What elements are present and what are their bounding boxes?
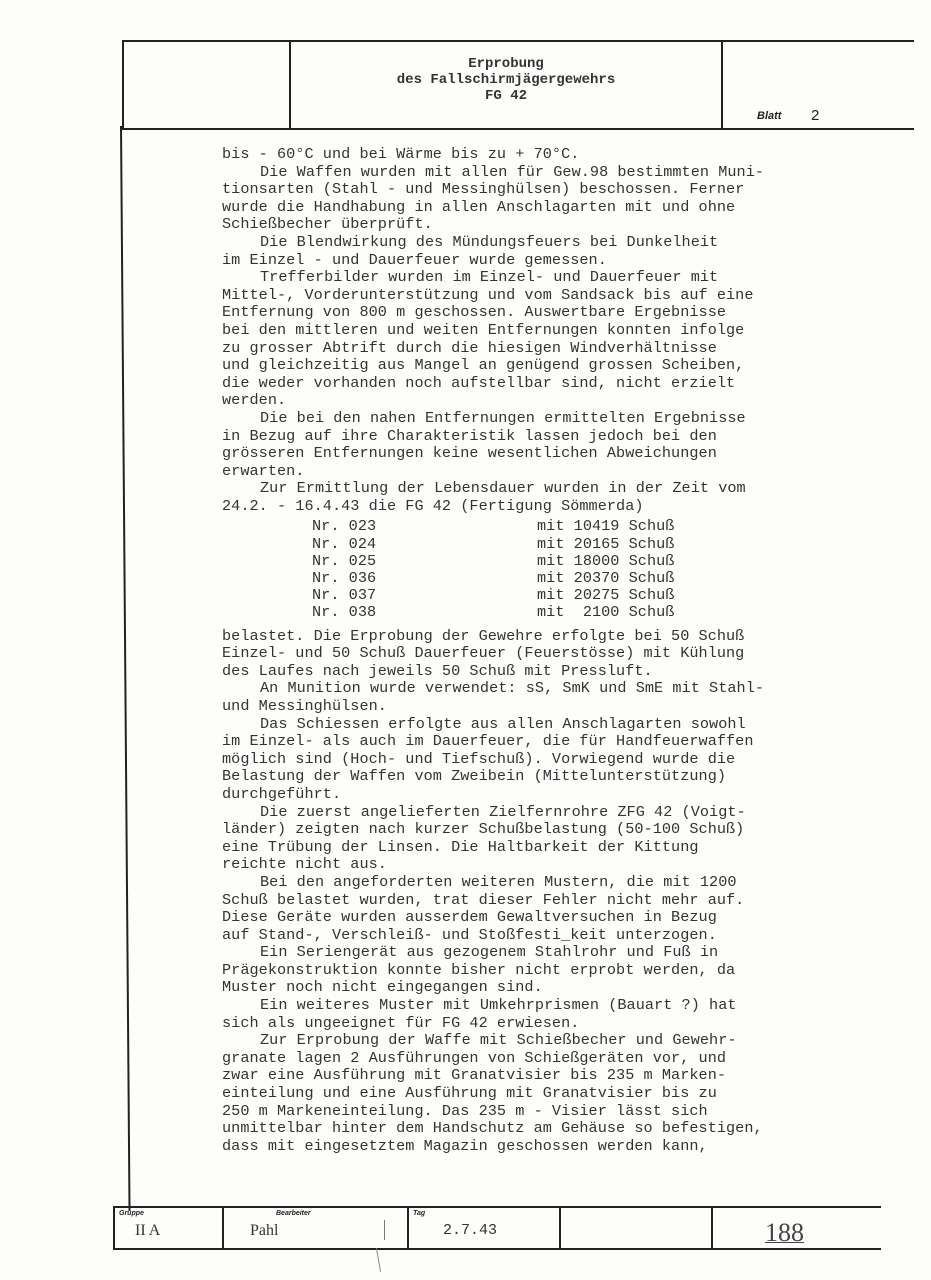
header-box: Erprobung des Fallschirmjägergewehrs FG … [122,40,914,130]
text-line: belastet. Die Erprobung der Gewehre erfo… [222,628,892,646]
document-page: Erprobung des Fallschirmjägergewehrs FG … [0,0,931,1280]
text-line: Zur Erprobung der Waffe mit Schießbecher… [222,1032,892,1050]
shot-count: mit 20370 Schuß [537,569,674,587]
title-line-3: FG 42 [291,88,721,104]
text-line: und gleichzeitig aus Mangel an genügend … [222,357,892,375]
text-line: dass mit eingesetztem Magazin geschossen… [222,1138,892,1156]
weapon-number: Nr. 023 [312,518,537,536]
shot-count: mit 20165 Schuß [537,535,674,553]
text-line: einteilung und eine Ausführung mit Grana… [222,1085,892,1103]
text-line: die weder vorhanden noch aufstellbar sin… [222,375,892,393]
sheet-label: Blatt [757,110,781,122]
table-row: Nr. 036mit 20370 Schuß [312,570,892,587]
page-number: 188 [765,1218,804,1248]
weapon-number: Nr. 025 [312,553,537,571]
text-line: Schuß belastet wurden, trat dieser Fehle… [222,892,892,910]
text-line: Einzel- und 50 Schuß Dauerfeuer (Feuerst… [222,645,892,663]
text-line: Das Schiessen erfolgte aus allen Anschla… [222,716,892,734]
text-line: sich als ungeeignet für FG 42 erwiesen. [222,1015,892,1033]
table-row: Nr. 037mit 20275 Schuß [312,587,892,604]
weapon-number: Nr. 024 [312,536,537,554]
shot-count: mit 10419 Schuß [537,517,674,535]
text-line: grösseren Entfernungen keine wesentliche… [222,445,892,463]
gruppe-value: II A [135,1222,160,1240]
text-line: Muster noch nicht eingegangen sind. [222,979,892,997]
bearbeiter-label: Bearbeiter [276,1210,311,1217]
text-line: erwarten. [222,463,892,481]
weapon-number: Nr. 037 [312,587,537,605]
text-line: bis - 60°C und bei Wärme bis zu + 70°C. [222,146,892,164]
header-sheet-cell: Blatt 2 [723,42,914,128]
text-line: auf Stand-, Verschleiß- und Stoßfesti_ke… [222,927,892,945]
title-line-2: des Fallschirmjägergewehrs [291,72,721,88]
text-line: durchgeführt. [222,786,892,804]
text-line: länder) zeigten nach kurzer Schußbelastu… [222,821,892,839]
pen-mark [384,1220,385,1240]
tag-label: Tag [413,1210,425,1217]
text-line: Entfernung von 800 m geschossen. Auswert… [222,304,892,322]
table-row: Nr. 038mit 2100 Schuß [312,604,892,621]
text-line: Belastung der Waffen vom Zweibein (Mitte… [222,768,892,786]
stray-mark [376,1248,381,1272]
text-line: möglich sind (Hoch- und Tiefschuß). Vorw… [222,751,892,769]
shot-count: mit 18000 Schuß [537,552,674,570]
text-line: eine Trübung der Linsen. Die Haltbarkeit… [222,839,892,857]
footer-bearbeiter-cell: Bearbeiter Pahl [224,1208,409,1248]
text-line: zwar eine Ausführung mit Granatvisier bi… [222,1067,892,1085]
text-line: An Munition wurde verwendet: sS, SmK und… [222,680,892,698]
header-title-cell: Erprobung des Fallschirmjägergewehrs FG … [291,42,723,128]
text-line: Trefferbilder wurden im Einzel- und Daue… [222,269,892,287]
footer-gruppe-cell: Gruppe II A [115,1208,224,1248]
text-line: Die Waffen wurden mit allen für Gew.98 b… [222,164,892,182]
header-left-cell [124,42,291,128]
text-line: werden. [222,392,892,410]
gruppe-label: Gruppe [119,1210,144,1217]
text-line: Zur Ermittlung der Lebensdauer wurden in… [222,480,892,498]
bearbeiter-value: Pahl [250,1222,278,1240]
table-row: Nr. 023mit 10419 Schuß [312,518,892,535]
shot-count: mit 20275 Schuß [537,586,674,604]
weapon-number: Nr. 036 [312,570,537,588]
text-line: tionsarten (Stahl - und Messinghülsen) b… [222,181,892,199]
tag-value: 2.7.43 [443,1222,497,1239]
text-line: Ein weiteres Muster mit Umkehrprismen (B… [222,997,892,1015]
text-line: 250 m Markeneinteilung. Das 235 m - Visi… [222,1103,892,1121]
footer-blank-cell [561,1208,713,1248]
text-line: im Einzel - und Dauerfeuer wurde gemesse… [222,252,892,270]
text-line: des Laufes nach jeweils 50 Schuß mit Pre… [222,663,892,681]
text-line: zu grosser Abtrift durch die hiesigen Wi… [222,340,892,358]
text-line: Bei den angeforderten weiteren Mustern, … [222,874,892,892]
text-line: bei den mittleren und weiten Entfernunge… [222,322,892,340]
text-line: Prägekonstruktion konnte bisher nicht er… [222,962,892,980]
text-line: in Bezug auf ihre Charakteristik lassen … [222,428,892,446]
text-line: Schießbecher überprüft. [222,216,892,234]
text-line: Die bei den nahen Entfernungen ermittelt… [222,410,892,428]
footer-tag-cell: Tag 2.7.43 [409,1208,561,1248]
weapon-number: Nr. 038 [312,604,537,622]
footer-box: Gruppe II A Bearbeiter Pahl Tag 2.7.43 1… [113,1206,881,1250]
title-line-1: Erprobung [291,56,721,72]
frame-left-border [120,126,131,1211]
text-line: wurde die Handhabung in allen Anschlagar… [222,199,892,217]
sheet-number: 2 [811,107,819,124]
text-line: und Messinghülsen. [222,698,892,716]
text-line: reichte nicht aus. [222,856,892,874]
footer-page-cell: 188 [713,1208,881,1248]
text-line: Mittel-, Vorderunterstützung und vom San… [222,287,892,305]
shot-count: mit 2100 Schuß [537,603,674,621]
text-line: Die Blendwirkung des Mündungsfeuers bei … [222,234,892,252]
text-line: Die zuerst angelieferten Zielfernrohre Z… [222,804,892,822]
text-line: unmittelbar hinter dem Handschutz am Geh… [222,1120,892,1138]
text-line: granate lagen 2 Ausführungen von Schießg… [222,1050,892,1068]
table-row: Nr. 024mit 20165 Schuß [312,536,892,553]
text-line: Ein Seriengerät aus gezogenem Stahlrohr … [222,944,892,962]
document-body: bis - 60°C und bei Wärme bis zu + 70°C.D… [222,146,892,1155]
table-row: Nr. 025mit 18000 Schuß [312,553,892,570]
text-line: im Einzel- als auch im Dauerfeuer, die f… [222,733,892,751]
text-line: Diese Geräte wurden ausserdem Gewaltvers… [222,909,892,927]
weapons-table: Nr. 023mit 10419 SchußNr. 024mit 20165 S… [222,518,892,621]
text-line: 24.2. - 16.4.43 die FG 42 (Fertigung Söm… [222,498,892,516]
